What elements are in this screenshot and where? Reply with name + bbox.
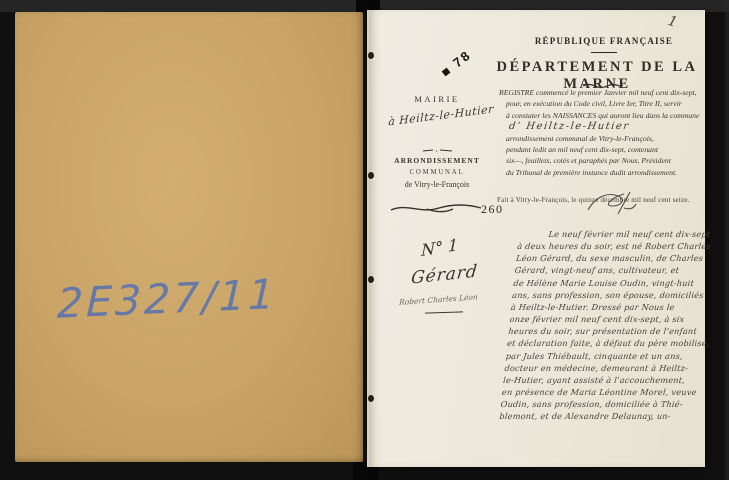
text-line: de Hélène Marie Louise Oudin, vingt-huit bbox=[513, 277, 716, 289]
text-line: ans, sans profession, son épouse, domici… bbox=[512, 289, 715, 301]
scan-background-edge bbox=[725, 0, 729, 480]
folio-number: 1 bbox=[666, 13, 679, 31]
decorative-swash bbox=[387, 200, 487, 216]
margin-underline bbox=[425, 311, 463, 313]
text-line: Oudin, sans profession, domiciliée à Thi… bbox=[500, 398, 703, 410]
republic-heading: RÉPUBLIQUE FRANÇAISE bbox=[509, 36, 699, 46]
commune-name-handwritten: à Heiltz-le-Hutier bbox=[371, 100, 510, 130]
register-cover: 2E327/11 bbox=[15, 12, 363, 462]
binding-hole bbox=[368, 276, 374, 283]
flourish bbox=[421, 147, 455, 154]
text-line: le-Hutier, ayant assisté à l’accouchemen… bbox=[503, 374, 706, 386]
archive-reference-handwritten: 2E327/11 bbox=[56, 268, 317, 327]
text-line: à constater les NAISSANCES qui auront li… bbox=[499, 110, 703, 121]
text-line: onze février mil neuf cent dix-sept, à s… bbox=[509, 313, 712, 325]
text-line: à Heiltz-le-Hutier. Dressé par Nous le bbox=[510, 301, 713, 313]
text-line: blemont, et de Alexandre Delaunay, un- bbox=[499, 410, 702, 422]
register-title-page: 1 RÉPUBLIQUE FRANÇAISE DÉPARTEMENT DE LA… bbox=[367, 10, 705, 467]
birth-act-text: Le neuf février mil neuf cent dix-septà … bbox=[499, 228, 721, 423]
mairie-label: MAIRIE bbox=[387, 94, 487, 104]
arrondissement-name: de Vitry-le-François bbox=[383, 180, 491, 189]
text-line: arrondissement communal de Vitry-le-Fran… bbox=[499, 133, 703, 144]
heading-rule bbox=[591, 52, 617, 53]
act-stamp-number: 260 bbox=[481, 202, 504, 217]
communal-label: COMMUNAL bbox=[383, 169, 491, 176]
act-surname-margin: Gérard bbox=[410, 261, 479, 288]
text-line: pendant ledit an mil neuf cent dix-sept,… bbox=[499, 144, 703, 155]
text-line: d’ Heiltz-le-Hutier bbox=[498, 121, 704, 132]
text-line: à deux heures du soir, est né Robert Cha… bbox=[517, 240, 720, 252]
text-line: pour, en exécution du Code civil, Livre … bbox=[499, 98, 703, 109]
scanned-register-photo: 2E327/11 1 RÉPUBLIQUE FRANÇAISE DÉPARTEM… bbox=[0, 0, 729, 480]
arrondissement-label: ARRONDISSEMENT bbox=[383, 156, 491, 165]
numbering-stamp: ■ 78 bbox=[438, 47, 474, 80]
binding-hole bbox=[368, 172, 374, 179]
text-line: Léon Gérard, du sexe masculin, de Charle… bbox=[515, 252, 718, 264]
text-line: en présence de Maria Léontine Morel, veu… bbox=[501, 386, 704, 398]
text-line: Le neuf février mil neuf cent dix-sept bbox=[518, 228, 721, 240]
text-line: docteur en médecine, demeurant à Heiltz- bbox=[504, 362, 707, 374]
act-number-margin: N° 1 bbox=[421, 235, 458, 260]
act-given-names-margin: Robert Charles Léon bbox=[399, 290, 509, 307]
text-line: REGISTRE commencé le premier Janvier mil… bbox=[499, 87, 703, 98]
registre-declaration: REGISTRE commencé le premier Janvier mil… bbox=[499, 87, 703, 178]
text-line: du Tribunal de première instance dudit a… bbox=[499, 167, 703, 178]
president-signature bbox=[584, 188, 640, 218]
binding-hole bbox=[368, 395, 374, 402]
text-line: et déclaration faite, à défaut du père m… bbox=[506, 337, 709, 349]
text-line: six—, feuillets, cotés et paraphés par N… bbox=[499, 155, 703, 166]
text-line: heures du soir, sur présentation de l’en… bbox=[508, 325, 711, 337]
binding-hole bbox=[368, 52, 374, 59]
text-line: par Jules Thiébault, cinquante et un ans… bbox=[505, 350, 708, 362]
text-line: Gérard, vingt-neuf ans, cultivateur, et bbox=[514, 264, 717, 276]
